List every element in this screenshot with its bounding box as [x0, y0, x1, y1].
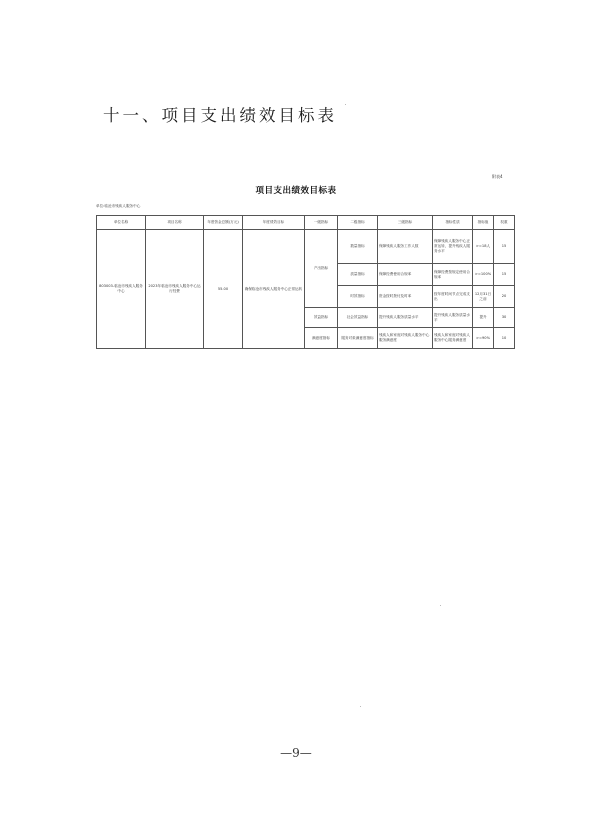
header-cell: 指标值 [473, 216, 494, 230]
unit-name-cell: 803003-临沧市残疾人服务中心 [97, 230, 146, 349]
header-cell: 年度绩效目标 [243, 216, 305, 230]
level1-cell: 产出指标 [305, 230, 338, 308]
table-row: 803003-临沧市残疾人服务中心 2023年临沧市残疾人服务中心运行经费 55… [97, 230, 515, 264]
level3-cell: 提升残疾人服务质量水平 [378, 308, 433, 328]
page-number: —9— [0, 746, 592, 760]
level3-cell: 保障残疾人服务工作人数 [378, 230, 433, 264]
level2-cell: 社会效益指标 [338, 308, 378, 328]
level1-cell: 满意度指标 [305, 328, 338, 349]
annual-goal-cell: 确保临沧市残疾人服务中心正常运转 [243, 230, 305, 349]
value-cell: 提升 [473, 308, 494, 328]
level3-cell: 资金按时拨付及时率 [378, 286, 433, 308]
value-cell: 12月31日之前 [473, 286, 494, 308]
nature-cell: 残疾人和家庭对残疾人服务中心服务满意度 [433, 328, 473, 349]
value-cell: >=100% [473, 264, 494, 286]
section-title: 十一、项目支出绩效目标表 [103, 102, 337, 126]
level2-cell: 质量指标 [338, 264, 378, 286]
table-header-row: 单位名称 项目名称 年度资金总额(万元) 年度绩效目标 一级指标 二级指标 三级… [97, 216, 515, 230]
level2-cell: 数量指标 [338, 230, 378, 264]
header-cell: 指标性质 [433, 216, 473, 230]
level2-cell: 时效指标 [338, 286, 378, 308]
header-cell: 年度资金总额(万元) [204, 216, 243, 230]
weight-cell: 15 [494, 230, 515, 264]
annual-funds-cell: 55.00 [204, 230, 243, 349]
header-cell: 一级指标 [305, 216, 338, 230]
table-title: 项目支出绩效目标表 [0, 184, 592, 196]
header-cell: 单位名称 [97, 216, 146, 230]
project-name-cell: 2023年临沧市残疾人服务中心运行经费 [146, 230, 204, 349]
scan-speck [360, 706, 361, 707]
weight-cell: 10 [494, 328, 515, 349]
weight-cell: 15 [494, 264, 515, 286]
appendix-label: 附表4 [492, 174, 503, 180]
nature-cell: 保障经费按规定使用合规率 [433, 264, 473, 286]
performance-target-table: 单位名称 项目名称 年度资金总额(万元) 年度绩效目标 一级指标 二级指标 三级… [96, 215, 515, 349]
level3-cell: 保障经费使用合规率 [378, 264, 433, 286]
nature-cell: 保障残疾人服务中心正常运转，提升残疾人服务水平 [433, 230, 473, 264]
nature-cell: 提升残疾人服务质量水平 [433, 308, 473, 328]
header-cell: 三级指标 [378, 216, 433, 230]
unit-label: 单位:临沧市残疾人服务中心 [96, 204, 140, 209]
weight-cell: 20 [494, 286, 515, 308]
header-cell: 二级指标 [338, 216, 378, 230]
nature-cell: 按年度时间节点完成支出 [433, 286, 473, 308]
weight-cell: 30 [494, 308, 515, 328]
level2-cell: 服务对象满意度指标 [338, 328, 378, 349]
scan-speck [345, 104, 346, 105]
header-cell: 权重 [494, 216, 515, 230]
scan-speck [440, 605, 441, 606]
level1-cell: 效益指标 [305, 308, 338, 328]
value-cell: >=18人 [473, 230, 494, 264]
level3-cell: 残疾人和家庭对残疾人服务中心服务满意度 [378, 328, 433, 349]
value-cell: >=90% [473, 328, 494, 349]
header-cell: 项目名称 [146, 216, 204, 230]
